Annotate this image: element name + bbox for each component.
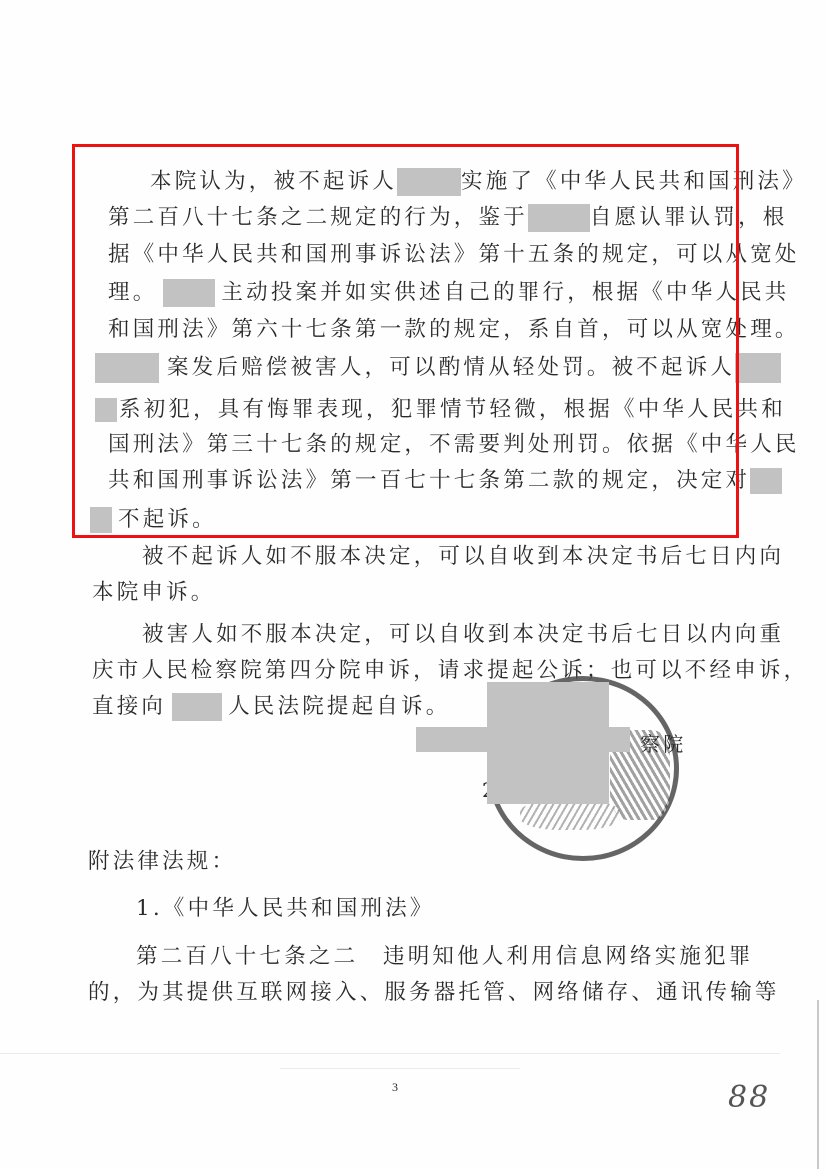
- text-segment: 直接向: [92, 694, 166, 719]
- handwritten-page-number: 88: [728, 1080, 770, 1115]
- text-line: 第二百八十七条之二 违明知他人利用信息网络实施犯罪: [136, 943, 754, 971]
- text-line: 被害人如不服本决定，可以自收到本决定书后七日以内向重: [142, 621, 784, 649]
- highlight-box: [72, 144, 739, 538]
- redaction-block: [416, 727, 630, 752]
- redaction-block: [172, 693, 222, 721]
- page-edge: [817, 1000, 819, 1169]
- redaction-block: [735, 353, 781, 383]
- text-segment: 人民法院提起自诉。: [228, 694, 450, 719]
- law-title: 1.《中华人民共和国刑法》: [136, 895, 435, 923]
- document-page: 本院认为，被不起诉人实施了《中华人民共和国刑法》 第二百八十七条之二规定的行为，…: [0, 0, 826, 1169]
- text-line: 庆市人民检察院第四分院申诉，请求提起公诉；也可以不经申诉，: [92, 657, 808, 685]
- seal-texture: [520, 800, 620, 830]
- page-number: 3: [392, 1080, 398, 1095]
- text-line: 被不起诉人如不服本决定，可以自收到本决定书后七日内向: [142, 543, 784, 571]
- redaction-block: [750, 468, 782, 494]
- text-line: 的，为其提供互联网接入、服务器托管、网络储存、通讯传输等: [88, 979, 780, 1007]
- attachment-heading: 附法律法规：: [88, 848, 236, 876]
- text-line: 直接向人民法院提起自诉。: [92, 693, 450, 721]
- signature-org: 察院: [640, 730, 686, 758]
- scan-artifact: [0, 1053, 780, 1054]
- scan-artifact: [280, 1068, 520, 1069]
- text-line: 本院申诉。: [92, 579, 216, 607]
